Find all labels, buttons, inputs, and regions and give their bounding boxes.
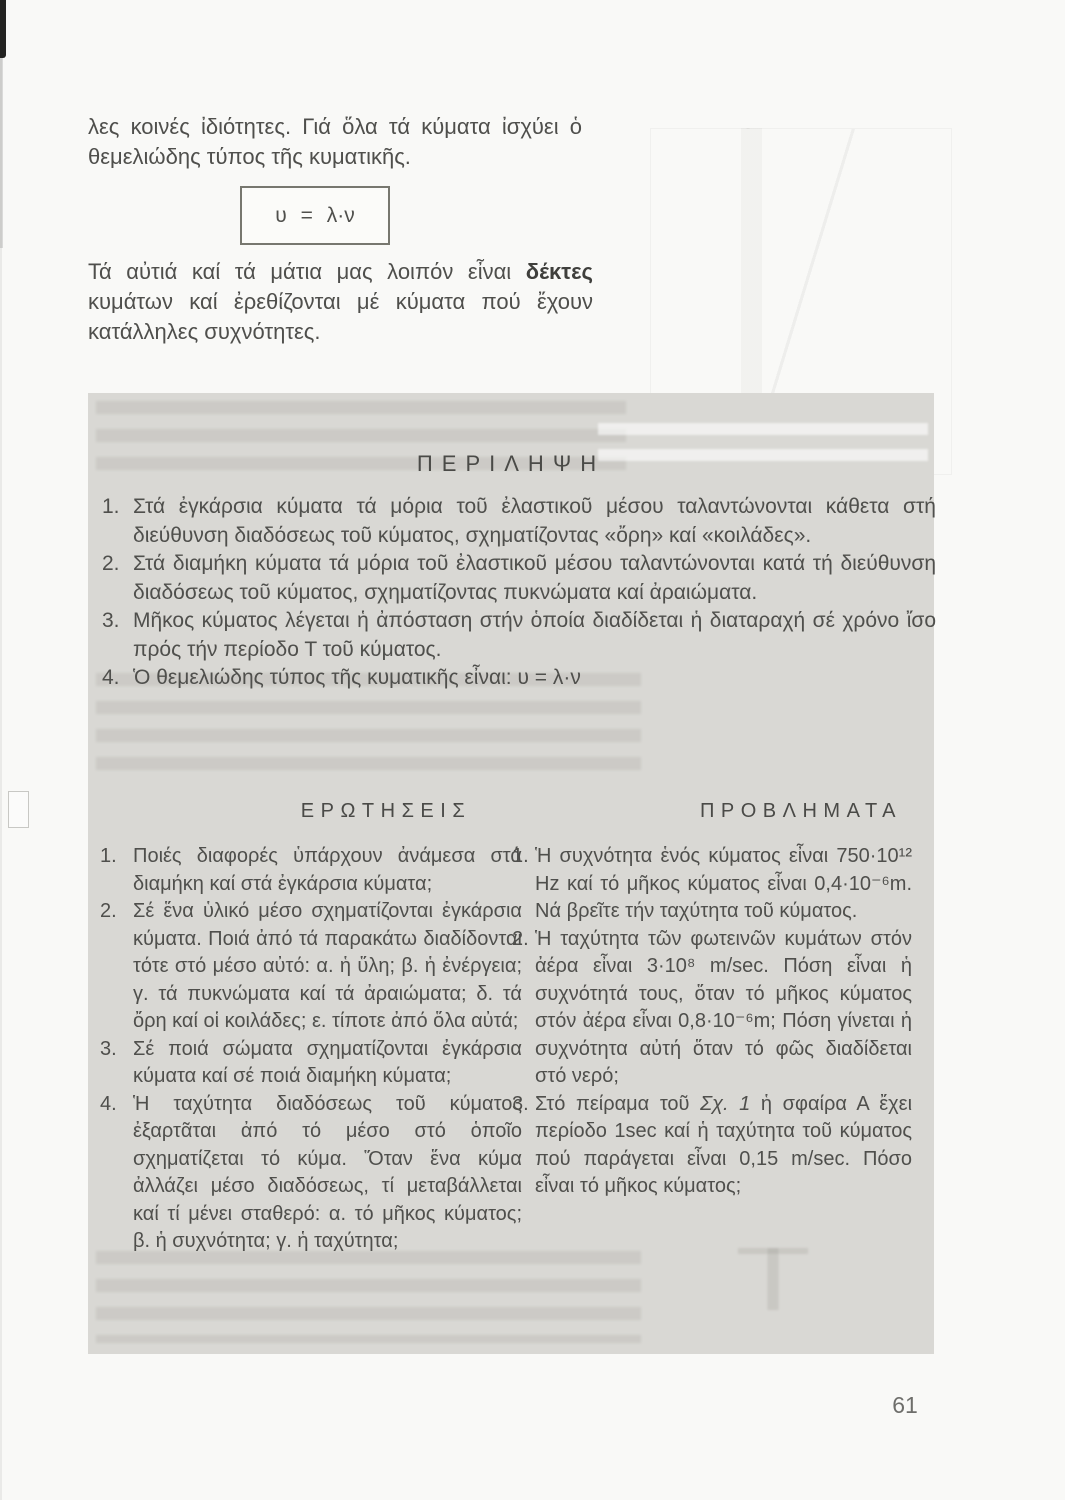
questions-heading: ΕΡΩΤΗΣΕΙΣ bbox=[216, 800, 556, 823]
page-number: 61 bbox=[870, 1392, 940, 1419]
problem-item-text: Ἡ ταχύτητα τῶν φωτεινῶν κυμάτων στόν ἀέρ… bbox=[535, 926, 912, 1091]
question-item-number: 1. bbox=[100, 843, 133, 871]
summary-item-text: Ὁ θεμελιώδης τύπος τῆς κυματικῆς εἶναι: … bbox=[133, 664, 936, 693]
summary-item: 4. Ὁ θεμελιώδης τύπος τῆς κυματικῆς εἶνα… bbox=[102, 664, 936, 693]
problem-3-figure-ref: Σχ. 1 bbox=[700, 1093, 750, 1115]
scan-edge-mark bbox=[0, 0, 6, 58]
problem-item-text: Στό πείραμα τοῦ Σχ. 1 ἡ σφαίρα Α ἔχει πε… bbox=[535, 1091, 912, 1201]
problem-item-number: 3. bbox=[512, 1091, 535, 1119]
problems-list: 1. Ἡ συχνότητα ἑνός κύματος εἶναι 750·10… bbox=[512, 843, 912, 1201]
summary-item-text: Στά ἐγκάρσια κύματα τά μόρια τοῦ ἐλαστικ… bbox=[133, 493, 936, 550]
summary-item-number: 1. bbox=[102, 493, 133, 522]
question-item-number: 3. bbox=[100, 1036, 133, 1064]
intro-paragraph-2-pre: Τά αὐτιά καί τά μάτια μας λοιπόν εἶναι bbox=[88, 259, 526, 284]
question-item: 4. Ἡ ταχύτητα διαδόσεως τοῦ κύματος ἐξαρ… bbox=[100, 1091, 522, 1256]
question-item-number: 4. bbox=[100, 1091, 133, 1119]
question-item-text: Ποιές διαφορές ὑπάρχουν ἀνάμεσα στά διαμ… bbox=[133, 843, 522, 898]
summary-item-text: Στά διαμήκη κύματα τά μόρια τοῦ ἐλαστικο… bbox=[133, 550, 936, 607]
question-item-text: Σέ ἕνα ὑλικό μέσο σχηματίζονται ἐγκάρσια… bbox=[133, 898, 522, 1036]
formula-box: υ = λ·ν bbox=[240, 186, 390, 245]
question-item: 2. Σέ ἕνα ὑλικό μέσο σχηματίζονται ἐγκάρ… bbox=[100, 898, 522, 1036]
problem-item-number: 1. bbox=[512, 843, 535, 871]
summary-item-number: 4. bbox=[102, 664, 133, 693]
intro-paragraph-1: λες κοινές ἰδιότητες. Γιά ὅλα τά κύματα … bbox=[88, 112, 582, 172]
summary-heading: ΠΕΡΙΛΗΨΗ bbox=[88, 451, 934, 477]
problem-item-number: 2. bbox=[512, 926, 535, 954]
summary-item-text: Μῆκος κύματος λέγεται ἡ ἀπόσταση στήν ὁπ… bbox=[133, 607, 936, 664]
question-item: 3. Σέ ποιά σώματα σχηματίζονται ἐγκάρσια… bbox=[100, 1036, 522, 1091]
intro-paragraph-2-bold: δέκτες bbox=[526, 259, 593, 284]
problems-heading: ΠΡΟΒΛΗΜΑΤΑ bbox=[631, 800, 971, 823]
intro-paragraph-2: Τά αὐτιά καί τά μάτια μας λοιπόν εἶναι δ… bbox=[88, 257, 593, 347]
questions-list: 1. Ποιές διαφορές ὑπάρχουν ἀνάμεσα στά δ… bbox=[100, 843, 522, 1256]
problem-item: 2. Ἡ ταχύτητα τῶν φωτεινῶν κυμάτων στόν … bbox=[512, 926, 912, 1091]
summary-item: 2. Στά διαμήκη κύματα τά μόρια τοῦ ἐλαστ… bbox=[102, 550, 936, 607]
summary-list: 1. Στά ἐγκάρσια κύματα τά μόρια τοῦ ἐλασ… bbox=[102, 493, 936, 693]
summary-item-number: 2. bbox=[102, 550, 133, 579]
problem-item-text: Ἡ συχνότητα ἑνός κύματος εἶναι 750·10¹² … bbox=[535, 843, 912, 926]
showthrough-text-band bbox=[96, 1251, 641, 1343]
problem-item: 1. Ἡ συχνότητα ἑνός κύματος εἶναι 750·10… bbox=[512, 843, 912, 926]
question-item-number: 2. bbox=[100, 898, 133, 926]
scan-edge-mark-faint bbox=[0, 58, 3, 248]
question-item: 1. Ποιές διαφορές ὑπάρχουν ἀνάμεσα στά δ… bbox=[100, 843, 522, 898]
summary-item: 1. Στά ἐγκάρσια κύματα τά μόρια τοῦ ἐλασ… bbox=[102, 493, 936, 550]
summary-panel: ΠΕΡΙΛΗΨΗ 1. Στά ἐγκάρσια κύματα τά μόρια… bbox=[88, 393, 934, 1354]
summary-item: 3. Μῆκος κύματος λέγεται ἡ ἀπόσταση στήν… bbox=[102, 607, 936, 664]
problem-3-pre: Στό πείραμα τοῦ bbox=[535, 1093, 700, 1115]
question-item-text: Ἡ ταχύτητα διαδόσεως τοῦ κύματος ἐξαρτᾶτ… bbox=[133, 1091, 522, 1256]
margin-notch bbox=[8, 791, 29, 828]
wave-formula: υ = λ·ν bbox=[275, 204, 354, 228]
question-item-text: Σέ ποιά σώματα σχηματίζονται ἐγκάρσια κύ… bbox=[133, 1036, 522, 1091]
problem-item: 3. Στό πείραμα τοῦ Σχ. 1 ἡ σφαίρα Α ἔχει… bbox=[512, 1091, 912, 1201]
showthrough-figure-tee bbox=[738, 1248, 808, 1310]
intro-paragraph-2-post: κυμάτων καί ἐρεθίζονται μέ κύματα πού ἔχ… bbox=[88, 289, 593, 344]
scanned-textbook-page: λες κοινές ἰδιότητες. Γιά ὅλα τά κύματα … bbox=[0, 0, 1065, 1500]
summary-item-number: 3. bbox=[102, 607, 133, 636]
